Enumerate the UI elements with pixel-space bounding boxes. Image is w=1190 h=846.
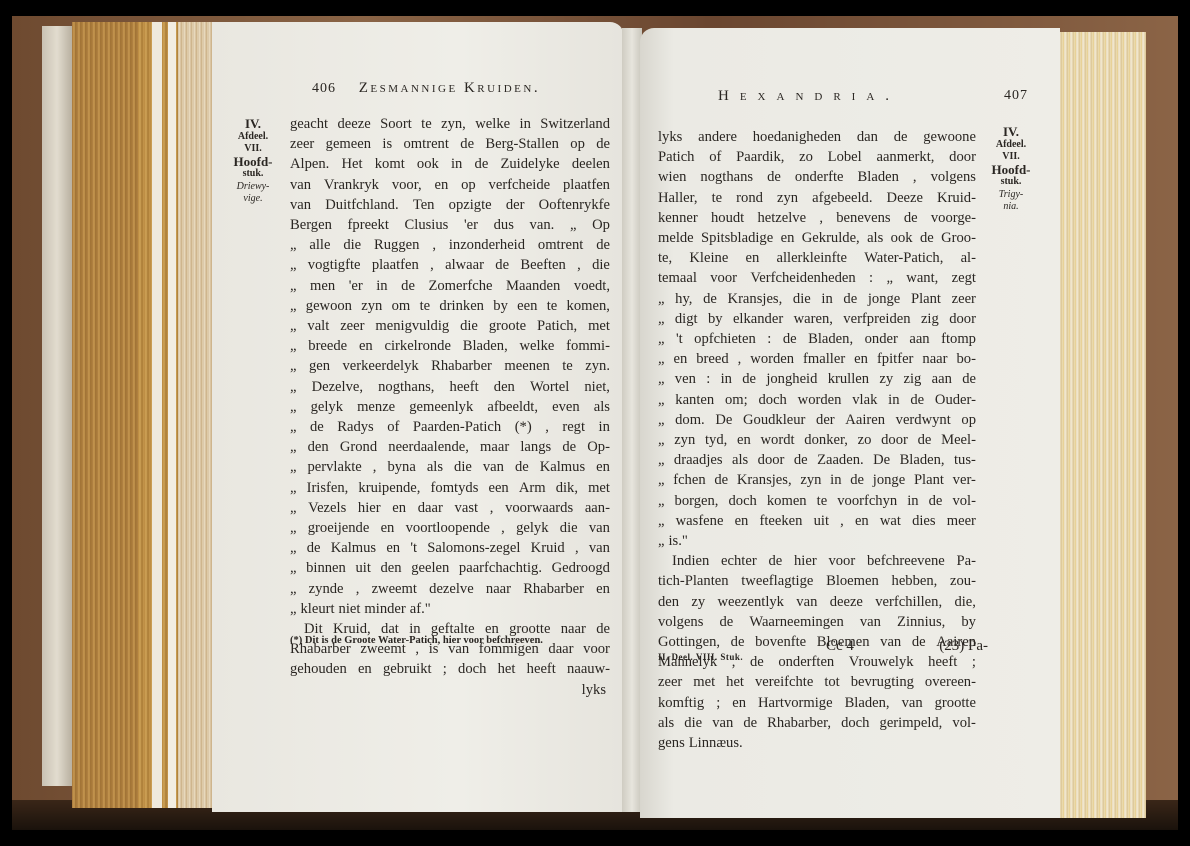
text-line: „is." — [658, 531, 976, 551]
text-line: „digtbyelkanderwaren,verfpreidenzigdoor — [658, 309, 976, 329]
text-line: „borgen,dochkomentevoorfchynindevol- — [658, 491, 976, 511]
text-line: „dom.DeGoudkleurderAairenverdwyntop — [658, 410, 976, 430]
text-line: „Vezelshierendaarvast,voorwaardsaan- — [290, 498, 610, 518]
text-line: „valtzeermenigvuldigdiegrootePatich,met — [290, 316, 610, 336]
text-line: vanVrankrykvoor,enopverfcheideplaatfen — [290, 175, 610, 195]
text-line: te,KleineenallerkleinfteWater-Patich,al- — [658, 248, 976, 268]
text-line: gensLinnæus. — [658, 733, 976, 753]
text-line: „kantenom;dochwordenvlakindeOuder- — [658, 390, 976, 410]
right-page: Hexandria. 407 IV. Afdeel. VII. Hoofd- s… — [640, 28, 1060, 818]
text-line: meldeSpitsbladigeenGekrulde,alsookdeGroo… — [658, 228, 976, 248]
right-page-edges — [1058, 32, 1146, 818]
text-line: „kleurtnietminderaf." — [290, 599, 610, 619]
text-line: „zyntyd,enwordtdonker,zodoordeMeel- — [658, 430, 976, 450]
text-line: „vogtigfteplaatfen,alwaardeBeeften,die — [290, 255, 610, 275]
catchword: (23) Pa- — [939, 638, 988, 655]
footnote: (*) Dit is de Groote Water-Patich, hier … — [290, 634, 610, 648]
text-line: „zynde,zweemtdezelvenaarRhabarberen — [290, 579, 610, 599]
text-line: komftig;enHartvormigeBladen,vangrootte — [658, 693, 976, 713]
text-line: Gottingen,debovenfteBloemenvandeAairen — [658, 632, 976, 652]
text-line: „hy,deKransjes,dieindejongePlantzeer — [658, 289, 976, 309]
text-line: „deKalmusen'tSalomons-zegelKruid,van — [290, 538, 610, 558]
text-line: BergenfpreektClusius'erdusvan.„Op — [290, 215, 610, 235]
text-line: temaalvoorVerfcheidenheden:„want,zegt — [658, 268, 976, 288]
left-body-text: geachtdeezeSoorttezyn,welkeinSwitzerland… — [290, 114, 610, 700]
text-line: „fchendeKransjes,zynindejongePlantver- — [658, 470, 976, 490]
signature-mark: Cc 4 — [826, 638, 854, 655]
volume-mark: II. Deel. VIII. Stuk. — [658, 652, 743, 662]
text-line: „ven:indejongheidkrullenzyzigaande — [658, 369, 976, 389]
text-line: „wasfeneenfteekenuit,enwatdiesmeer — [658, 511, 976, 531]
gutter — [622, 28, 642, 812]
text-line: „deRadysofPaarden-Patich(*),regtin — [290, 417, 610, 437]
margin-note: IV. Afdeel. VII. Hoofd- stuk. Driewy- vi… — [224, 118, 282, 206]
left-running-head: 406 Zesmannige Kruiden. — [312, 80, 540, 97]
text-line: „draadjesalsdoordeZaaden.DeBladen,tus- — [658, 450, 976, 470]
text-line: kennerhoudthetzelve,benevensdevoorge- — [658, 208, 976, 228]
page-number: 407 — [1004, 88, 1028, 104]
page-number: 406 — [312, 81, 336, 96]
running-title: Zesmannige Kruiden. — [359, 80, 540, 96]
text-line: „genverkeerdelykRhabarbermeenentezyn. — [290, 356, 610, 376]
text-line: alsdievandeRhabarber,dochgerimpeld,vol- — [658, 713, 976, 733]
right-running-head: Hexandria. 407 — [718, 88, 1028, 105]
text-line: wiennogthansdeonderfteBladen,volgens — [658, 167, 976, 187]
text-line: „Dezelve,nogthans,heeftdenWortelniet, — [290, 377, 610, 397]
text-line: „breedeencirkelrondeBladen,welkefommi- — [290, 336, 610, 356]
text-line: PatichofPaardik,zoLobelaanmerkt,door — [658, 147, 976, 167]
text-line: „enbreed,wordenfmallerenfpitfernaarbo- — [658, 349, 976, 369]
text-line: „denGrondneerdaalende,maarlangsdeOp- — [290, 437, 610, 457]
text-line: Alpen.HetkomtookindeZuidelykedeelen — [290, 154, 610, 174]
text-line: „pervlakte,bynaalsdievandeKalmusen — [290, 457, 610, 477]
flyleaf — [42, 26, 72, 786]
text-line: tich-PlantentweeflagtigeBloemenhebben,zo… — [658, 571, 976, 591]
left-page: 406 Zesmannige Kruiden. IV. Afdeel. VII.… — [212, 22, 624, 812]
text-line: vanDuitfchland.TenopzigtederOoftenrykfe — [290, 195, 610, 215]
text-line: „gewoonzynomtedrinkenbyeentekomen, — [290, 296, 610, 316]
text-line: IndienechterdehiervoorbefchreevenePa- — [658, 551, 976, 571]
text-line: zeermethetvereifchtetotbevrugtingovereen… — [658, 672, 976, 692]
text-line: Haller,terondzynafgebeeld.DeezeKruid- — [658, 188, 976, 208]
text-line: „binnenuitdengeelenpaarfchachtig.Gedroog… — [290, 558, 610, 578]
text-line: geachtdeezeSoorttezyn,welkeinSwitzerland — [290, 114, 610, 134]
text-line: „groeijendeenvoortloopende,gelykdievan — [290, 518, 610, 538]
text-line: „Irisfen,kruipende,fomtydseenArmdik,met — [290, 478, 610, 498]
margin-note: IV. Afdeel. VII. Hoofd- stuk. Trigy- nia… — [980, 126, 1042, 214]
text-line: denzyweezentlykvandeezeverfchillen,die, — [658, 592, 976, 612]
text-line: gehoudenengebruikt;dochhetheeftnaauw- — [290, 659, 610, 679]
text-line: „alledieRuggen,inzonderheidomtrentde — [290, 235, 610, 255]
running-title: Hexandria. — [718, 88, 900, 104]
text-line: lyks — [290, 680, 610, 700]
text-line: „men'erindeZomerfcheMaandenvoedt, — [290, 276, 610, 296]
left-page-edges — [72, 22, 212, 808]
text-line: lyksanderehoedanighedendandegewoone — [658, 127, 976, 147]
text-line: zeergemeenisomtrentdeBerg-Stallenopde — [290, 134, 610, 154]
text-line: „'topfchieten:deBladen,onderaanftomp — [658, 329, 976, 349]
text-line: volgensdeWaarneemingenvanZinnius,by — [658, 612, 976, 632]
text-line: „gelykmenzegemeenlykafbeeldt,evenals — [290, 397, 610, 417]
